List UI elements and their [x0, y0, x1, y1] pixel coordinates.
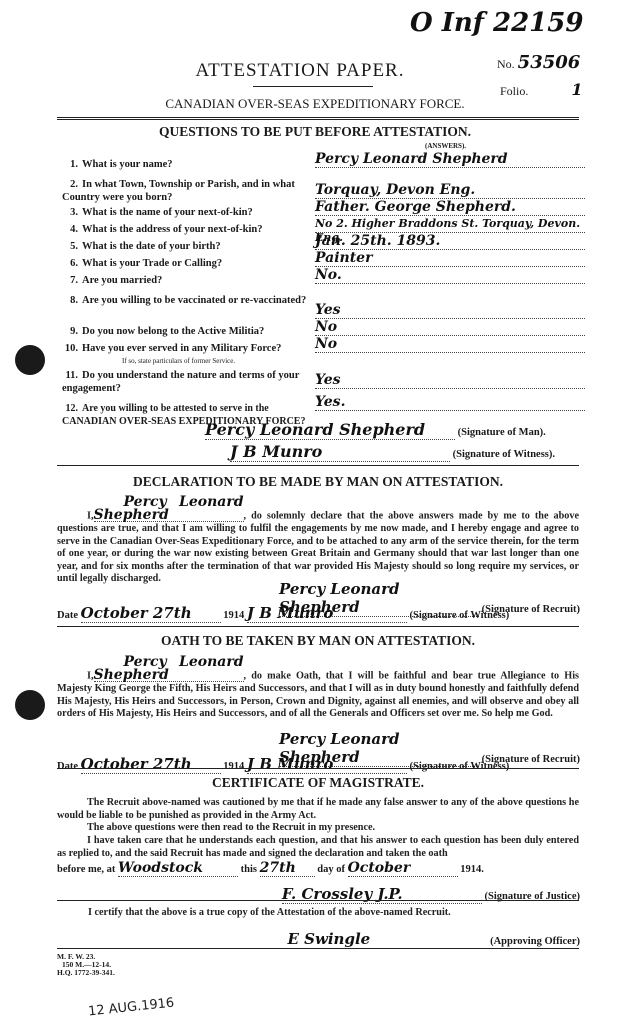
answer-4: No 2. Higher Braddons St. Torquay, Devon…: [315, 217, 585, 233]
answer-5: Jan. 25th. 1893.: [315, 234, 585, 250]
declaration-date: October 27th: [81, 604, 221, 623]
header-divider: [57, 117, 579, 122]
punch-hole: [15, 690, 45, 720]
oath-witness-signature: J B Munro: [247, 755, 407, 774]
declaration-title: DECLARATION TO BE MADE BY MAN ON ATTESTA…: [57, 474, 579, 490]
question-1: 1.What is your name?: [62, 158, 307, 171]
magistrate-place-row: before me, at Woodstock this 27th day of…: [57, 860, 579, 877]
answer-10: No: [315, 337, 585, 353]
date-label: Date: [57, 761, 78, 772]
question-6: 6.What is your Trade or Calling?: [62, 257, 307, 270]
section-divider: [57, 768, 579, 769]
declaration-date-row: Date October 27th 1914 J B Munro (Signat…: [57, 604, 579, 623]
question-5: 5.What is the date of your birth?: [62, 240, 307, 253]
regimental-number: No. 53506: [497, 52, 580, 73]
approving-officer-signature: E Swingle: [287, 930, 487, 949]
signature-witness-row: J B Munro (Signature of Witness).: [230, 442, 590, 462]
answers-label: (ANSWERS).: [425, 142, 466, 150]
magistrate-title: CERTIFICATE OF MAGISTRATE.: [57, 775, 579, 791]
oath-date-row: Date October 27th 1914 J B Munro (Signat…: [57, 755, 579, 774]
question-10: 10.Have you ever served in any Military …: [62, 342, 307, 368]
answer-3: Father. George Shepherd.: [315, 200, 585, 216]
force-subtitle: CANADIAN OVER-SEAS EXPEDITIONARY FORCE.: [130, 96, 500, 112]
questions-title: QUESTIONS TO BE PUT BEFORE ATTESTATION.: [130, 124, 500, 140]
section-divider: [57, 948, 579, 949]
section-divider: [57, 900, 579, 901]
declaration-text: I,Percy Leonard Shepherd, do solemnly de…: [57, 496, 579, 586]
declaration-name: Percy Leonard Shepherd: [94, 496, 244, 522]
oath-text: I,Percy Leonard Shepherd, do make Oath, …: [57, 656, 579, 721]
folio-value: 1: [571, 80, 582, 99]
answer-2: Torquay, Devon Eng.: [315, 183, 585, 199]
folio: Folio. 1: [500, 80, 582, 99]
question-4: 4.What is the address of your next-of-ki…: [62, 223, 307, 236]
oath-date: October 27th: [81, 755, 221, 774]
answer-1: Percy Leonard Shepherd: [315, 152, 585, 168]
document-title: ATTESTATION PAPER.: [150, 60, 450, 82]
justice-signature: F. Crossley J.P.: [282, 885, 482, 904]
received-date-stamp: 12 AUG.1916: [87, 996, 174, 1020]
answer-12: Yes.: [315, 395, 585, 411]
signature-witness-label: (Signature of Witness).: [453, 449, 555, 460]
form-code: M. F. W. 23. 150 M.—12-14. H.Q. 1772-39-…: [57, 953, 115, 977]
answer-9: No: [315, 320, 585, 336]
certification-text: I certify that the above is a true copy …: [88, 907, 568, 920]
answer-6: Painter: [315, 251, 585, 267]
declaration-witness-signature: J B Munro: [247, 604, 407, 623]
question-11: 11.Do you understand the nature and term…: [62, 369, 307, 395]
magistrate-year: 1914.: [460, 864, 484, 875]
date-label: Date: [57, 610, 78, 621]
signature-witness-label: (Signature of Witness): [410, 761, 510, 772]
justice-signature-row: F. Crossley J.P. (Signature of Justice): [260, 885, 580, 904]
answer-11: Yes: [315, 373, 585, 389]
signature-man-row: Percy Leonard Shepherd (Signature of Man…: [205, 420, 585, 440]
question-9: 9.Do you now belong to the Active Militi…: [62, 325, 307, 338]
magistrate-para-1: The Recruit above-named was cautioned by…: [57, 797, 579, 822]
magistrate-para-3: I have taken care that he understands ea…: [57, 835, 579, 860]
magistrate-para-2: The above questions were then read to th…: [57, 822, 579, 835]
answer-8: Yes: [315, 303, 585, 319]
magistrate-day: 27th: [260, 860, 315, 877]
punch-hole: [15, 345, 45, 375]
number-value: 53506: [518, 52, 581, 73]
file-annotation: O Inf 22159: [410, 8, 583, 38]
number-label: No.: [497, 57, 515, 71]
magistrate-month: October: [348, 860, 458, 877]
section-divider: [57, 626, 579, 627]
question-3: 3.What is the name of your next-of-kin?: [62, 206, 307, 219]
question-8: 8.Are you willing to be vaccinated or re…: [62, 294, 307, 307]
question-2: 2.In what Town, Township or Parish, and …: [62, 178, 307, 204]
approving-officer-label: (Approving Officer): [490, 936, 580, 947]
magistrate-place: Woodstock: [118, 860, 238, 877]
approving-officer-row: E Swingle (Approving Officer): [260, 930, 580, 949]
oath-year: 1914: [223, 761, 244, 772]
oath-title: OATH TO BE TAKEN BY MAN ON ATTESTATION.: [57, 633, 579, 649]
title-underline: [253, 86, 373, 87]
signature-witness-label: (Signature of Witness): [410, 610, 510, 621]
oath-name: Percy Leonard Shepherd: [94, 656, 244, 682]
declaration-year: 1914: [223, 610, 244, 621]
question-7: 7.Are you married?: [62, 274, 307, 287]
section-divider: [57, 465, 579, 466]
answer-7: No.: [315, 268, 585, 284]
folio-label: Folio.: [500, 84, 528, 98]
signature-man-label: (Signature of Man).: [458, 427, 546, 438]
signature-man: Percy Leonard Shepherd: [205, 420, 455, 440]
signature-witness: J B Munro: [230, 442, 450, 462]
